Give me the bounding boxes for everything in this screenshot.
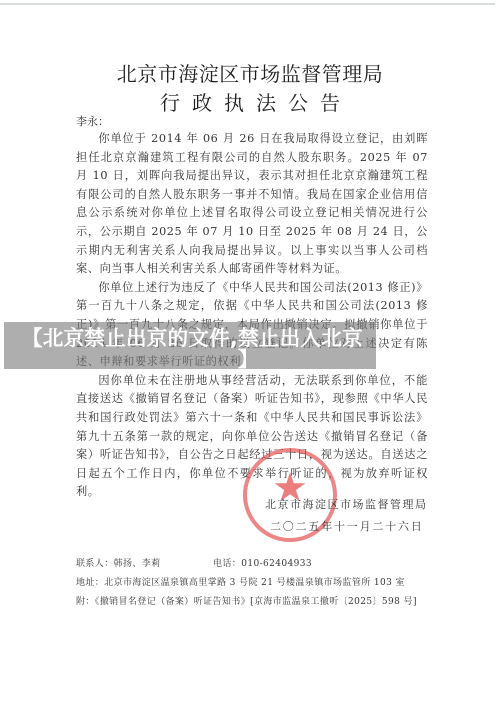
attachment-line: 附：《撤销冒名登记（备案）听证告知书》[京海市监温泉工撤听〔2025〕598 号… <box>76 594 417 607</box>
contact-persons: 联系人：韩扬、李莉 <box>76 559 161 569</box>
paragraph-facts: 你单位于 2014 年 06 月 26 日在我局取得设立登记，由刘晖担任北京京瀚… <box>76 130 428 279</box>
issuer-title: 北京市海淀区市场监督管理局 <box>0 58 500 87</box>
signature-date: 二〇二五年十一月二十六日 <box>270 518 424 534</box>
contact-address: 地址：北京市海淀区温泉镇高里掌路 3 号院 21 号楼温泉镇市场监管所 103 … <box>76 575 405 588</box>
contact-phone: 电话：010-62404933 <box>213 556 312 569</box>
contact-line: 联系人：韩扬、李莉 电话：010-62404933 <box>76 556 161 569</box>
document-type-title: 行政执法公告 <box>0 87 500 116</box>
caption-text-end: 】 <box>238 343 258 372</box>
scan-edge-line <box>0 3 495 5</box>
salutation: 李永： <box>76 113 109 129</box>
notice-body: 你单位于 2014 年 06 月 26 日在我局取得设立登记，由刘晖担任北京京瀚… <box>76 130 428 502</box>
signature-org: 北京市海淀区市场监督管理局 <box>265 496 428 512</box>
